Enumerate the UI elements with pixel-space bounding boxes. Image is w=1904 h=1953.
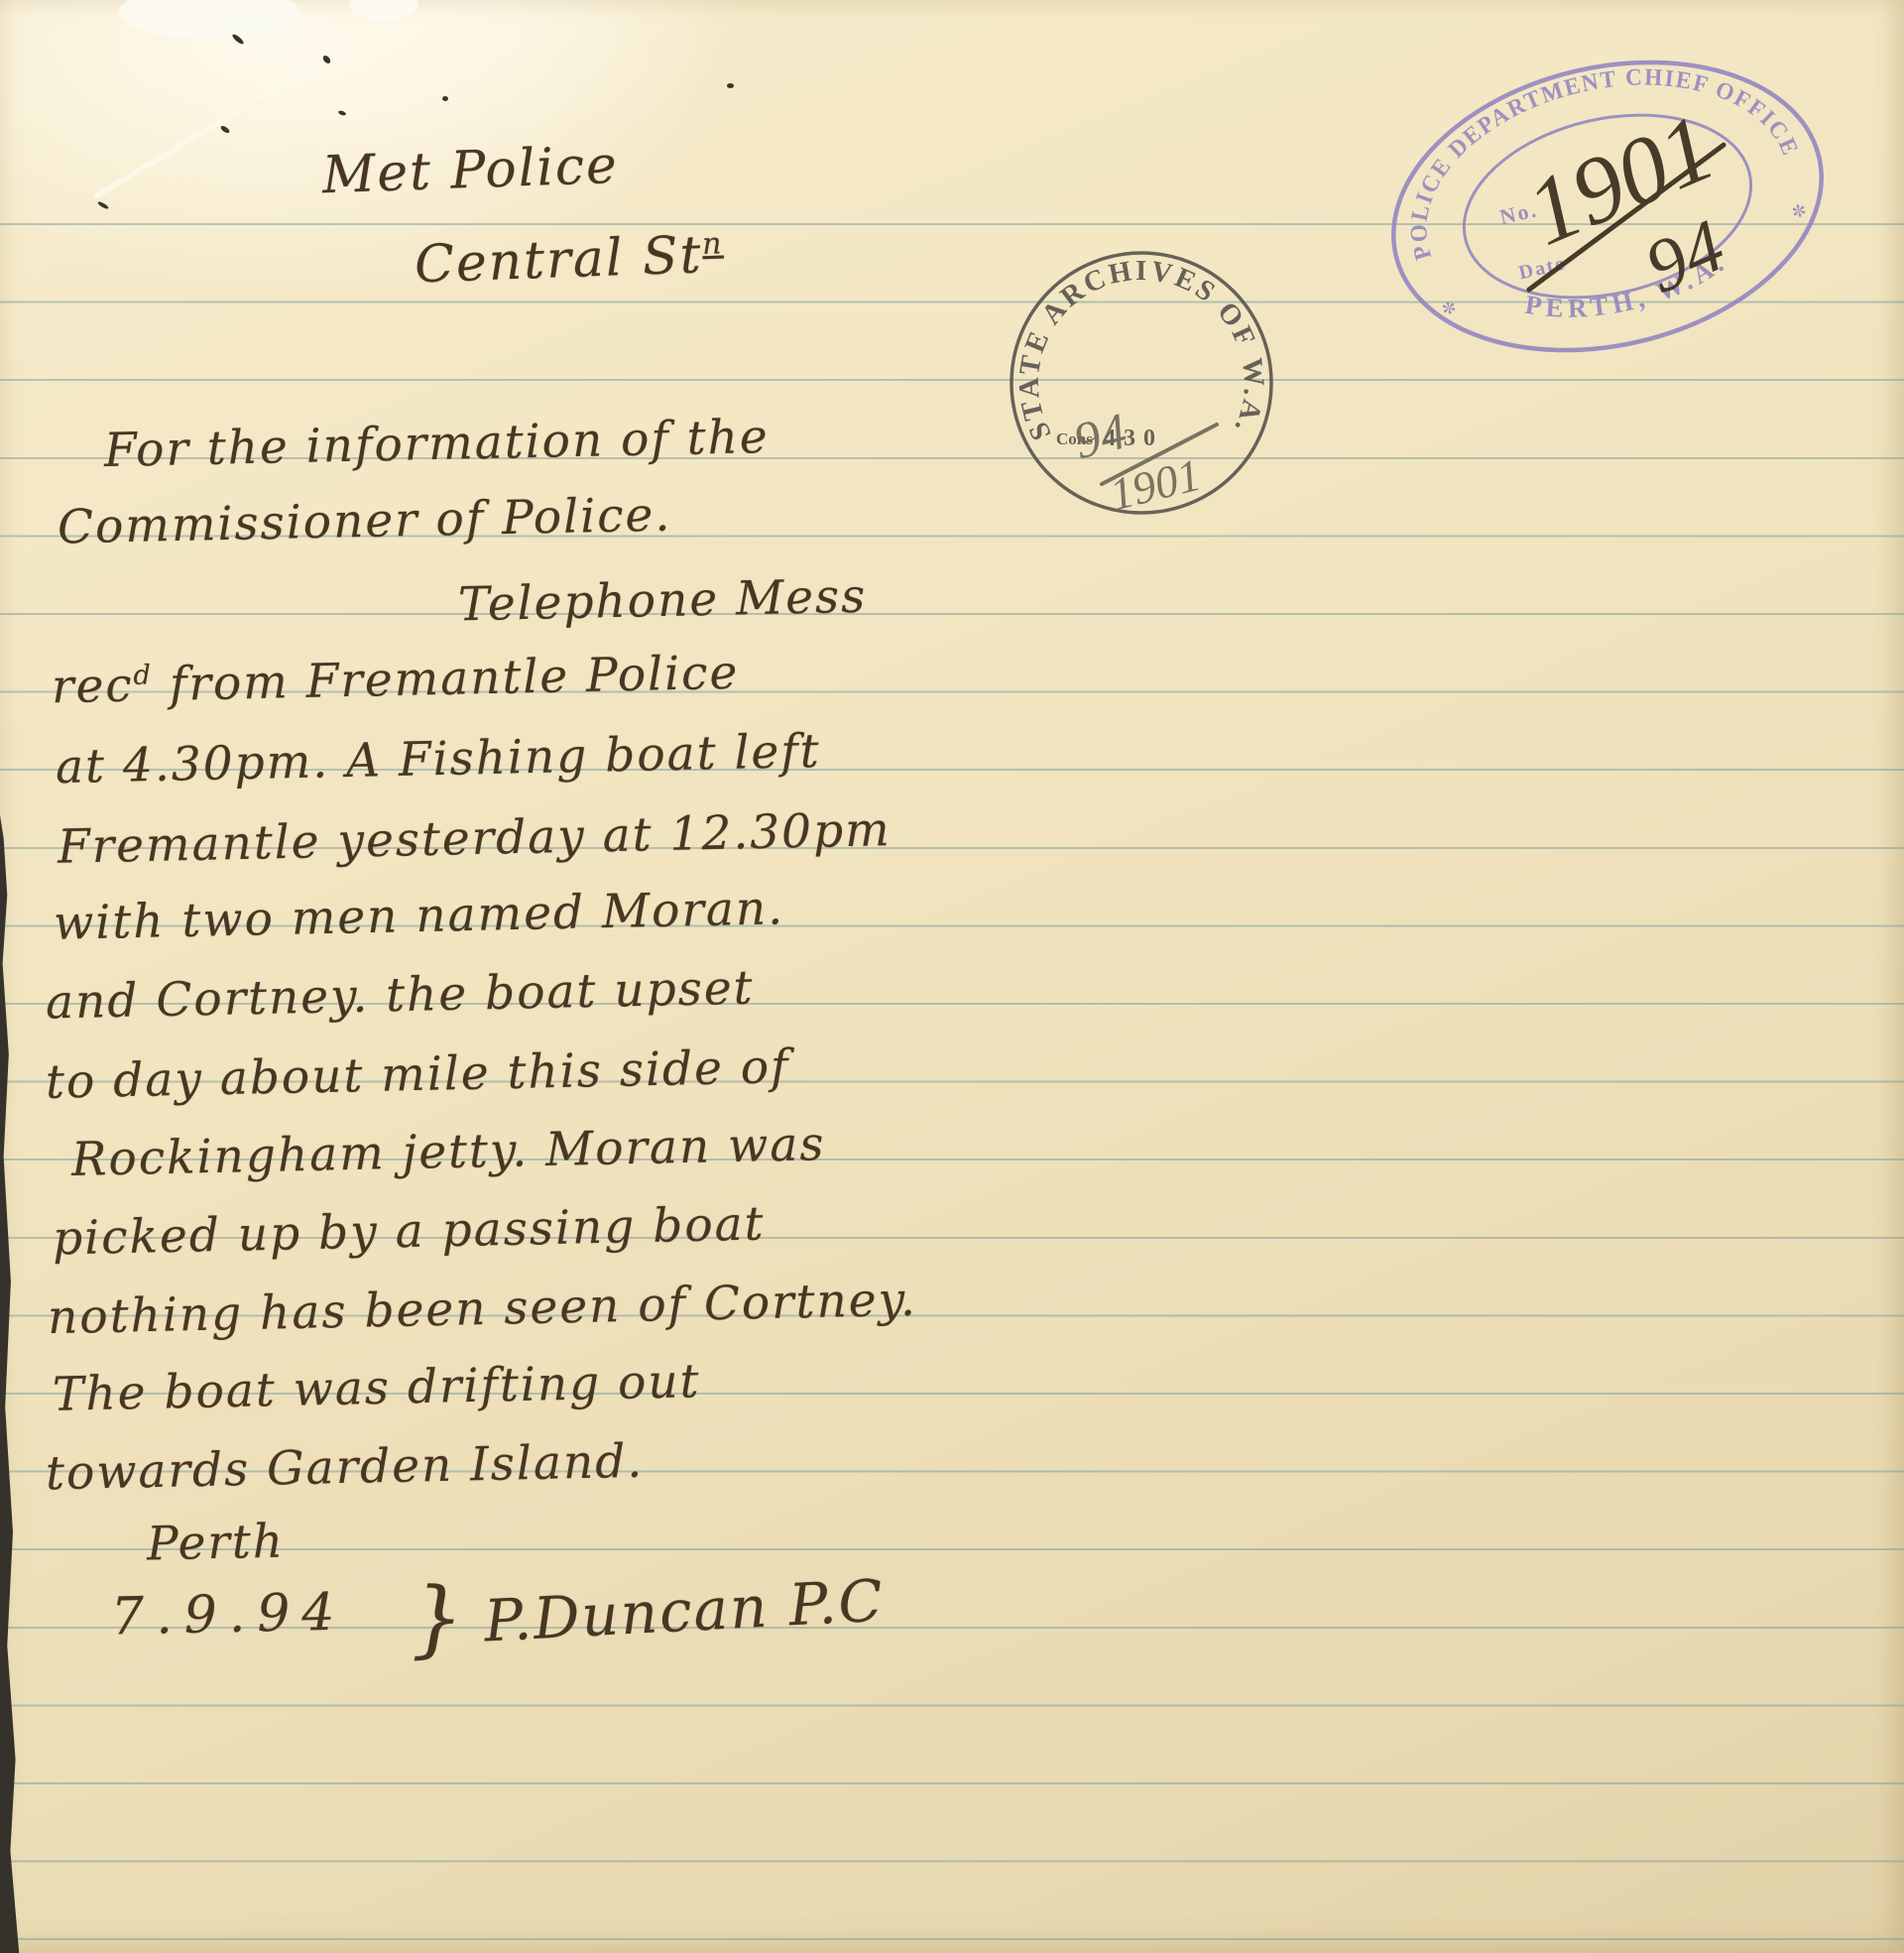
body-line: recd from Fremantle Police — [52, 646, 740, 715]
body-line: Telephone Mess — [457, 569, 867, 633]
body-line: at 4.30pm. A Fishing boat left — [56, 724, 822, 794]
police-stamp-star-right: ✼ — [1790, 200, 1808, 222]
body-line: with two men named Moran. — [54, 881, 785, 950]
heading-line2-text: Central St — [414, 225, 703, 295]
ink-speck — [231, 33, 245, 46]
body-line: towards Garden Island. — [45, 1434, 644, 1502]
ink-speck — [97, 200, 109, 209]
archives-pencil-number-top: 94 — [1068, 403, 1131, 470]
body-line: The boat was drifting out — [52, 1354, 701, 1422]
brace-mark: } — [410, 1568, 466, 1666]
letter-heading-line2: Central Stn — [414, 225, 725, 296]
body-line: to day about mile this side of — [46, 1039, 791, 1110]
body-line: Commissioner of Police. — [57, 488, 671, 555]
ink-speck — [219, 125, 230, 135]
state-archives-stamp: STATE ARCHIVES OF W.A. Cons 430 94 1901 — [1005, 246, 1278, 520]
ink-speck — [338, 110, 347, 116]
body-line-part: from Fremantle Police — [153, 646, 740, 712]
police-stamp-star-left: ✼ — [1440, 298, 1458, 319]
body-line: Rockingham jetty. Moran was — [71, 1117, 827, 1187]
body-line-superscript: d — [133, 660, 153, 690]
scanned-letter-page: Met Police Central Stn For the informati… — [0, 0, 1904, 1953]
letter-date: 7.9.94 — [110, 1583, 347, 1648]
body-line: For the information of the — [103, 410, 770, 478]
ink-speck — [442, 96, 448, 101]
paper-crease — [92, 43, 349, 200]
paper-tear-blotch — [349, 0, 418, 20]
archives-stamp-arc-text: STATE ARCHIVES OF W.A. — [1013, 255, 1270, 445]
svg-text:STATE ARCHIVES OF W.A.: STATE ARCHIVES OF W.A. — [1013, 255, 1270, 445]
body-line: Fremantle yesterday at 12.30pm — [58, 802, 892, 875]
signature: P.Duncan P.C — [482, 1566, 886, 1654]
letter-place: Perth — [146, 1515, 285, 1572]
page-left-edge-shadow — [0, 815, 26, 1953]
body-line: nothing has been seen of Cortney. — [48, 1273, 918, 1345]
ink-speck — [727, 83, 734, 88]
heading-line2-superscript: n — [701, 226, 724, 262]
body-line: picked up by a passing boat — [53, 1196, 767, 1266]
letter-heading-line1: Met Police — [321, 136, 620, 205]
body-line: and Cortney. the boat upset — [46, 961, 756, 1031]
police-department-stamp: POLICE DEPARTMENT CHIEF OFFICE PERTH, W.… — [1357, 15, 1858, 398]
body-line-part: rec — [52, 659, 135, 715]
